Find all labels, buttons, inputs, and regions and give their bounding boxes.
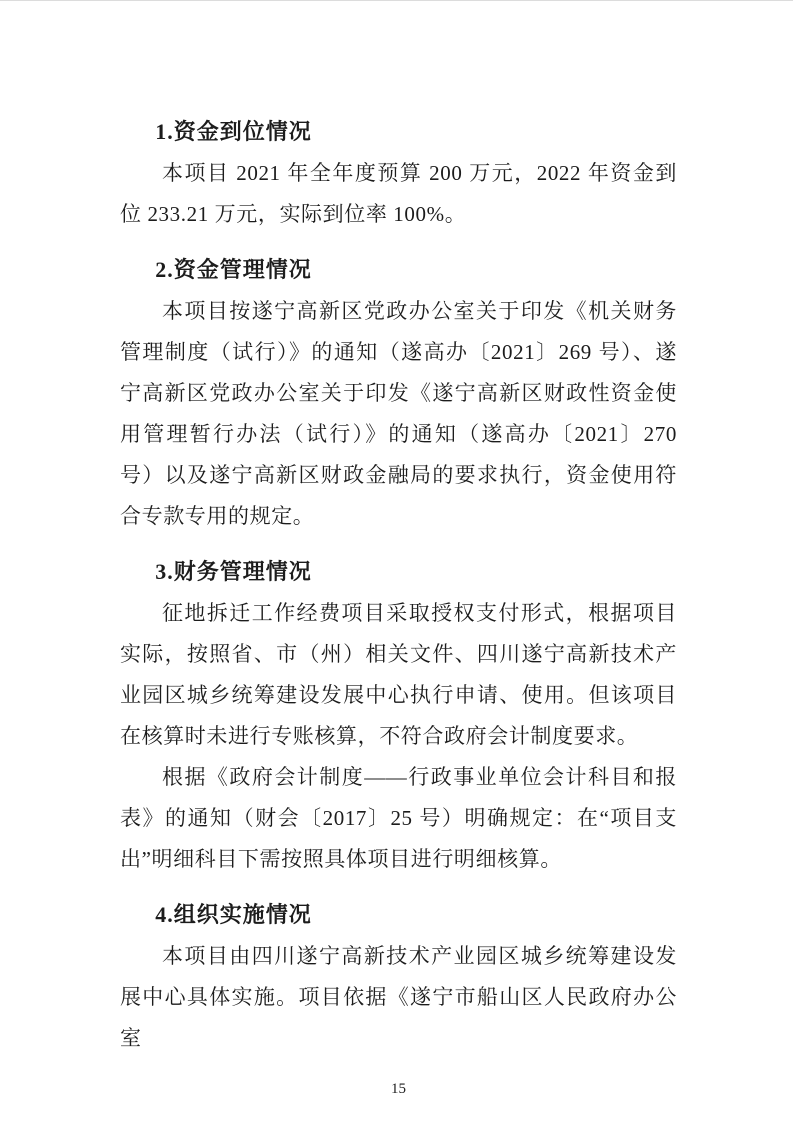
- section-heading-funds-management: 2.资金管理情况: [120, 249, 677, 291]
- paragraph-organization-implementation: 本项目由四川遂宁高新技术产业园区城乡统筹建设发展中心具体实施。项目依据《遂宁市船…: [120, 936, 677, 1059]
- section-funds-management: 2.资金管理情况 本项目按遂宁高新区党政办公室关于印发《机关财务管理制度（试行）…: [120, 249, 677, 537]
- section-funds-arrival: 1.资金到位情况 本项目 2021 年全年度预算 200 万元，2022 年资金…: [120, 111, 677, 235]
- page-number: 15: [391, 1081, 406, 1097]
- section-organization-implementation: 4.组织实施情况 本项目由四川遂宁高新技术产业园区城乡统筹建设发展中心具体实施。…: [120, 894, 677, 1059]
- page-footer: 15: [120, 1081, 677, 1098]
- section-financial-management: 3.财务管理情况 征地拆迁工作经费项目采取授权支付形式，根据项目实际，按照省、市…: [120, 551, 677, 880]
- section-heading-funds-arrival: 1.资金到位情况: [120, 111, 677, 153]
- paragraph-financial-management-2: 根据《政府会计制度——行政事业单位会计科目和报表》的通知（财会〔2017〕25 …: [120, 757, 677, 880]
- paragraph-financial-management-1: 征地拆迁工作经费项目采取授权支付形式，根据项目实际，按照省、市（州）相关文件、四…: [120, 593, 677, 757]
- paragraph-funds-arrival: 本项目 2021 年全年度预算 200 万元，2022 年资金到位 233.21…: [120, 153, 677, 235]
- document-page: 1.资金到位情况 本项目 2021 年全年度预算 200 万元，2022 年资金…: [0, 1, 793, 1122]
- section-heading-organization-implementation: 4.组织实施情况: [120, 894, 677, 936]
- section-heading-financial-management: 3.财务管理情况: [120, 551, 677, 593]
- paragraph-funds-management: 本项目按遂宁高新区党政办公室关于印发《机关财务管理制度（试行）》的通知（遂高办〔…: [120, 291, 677, 537]
